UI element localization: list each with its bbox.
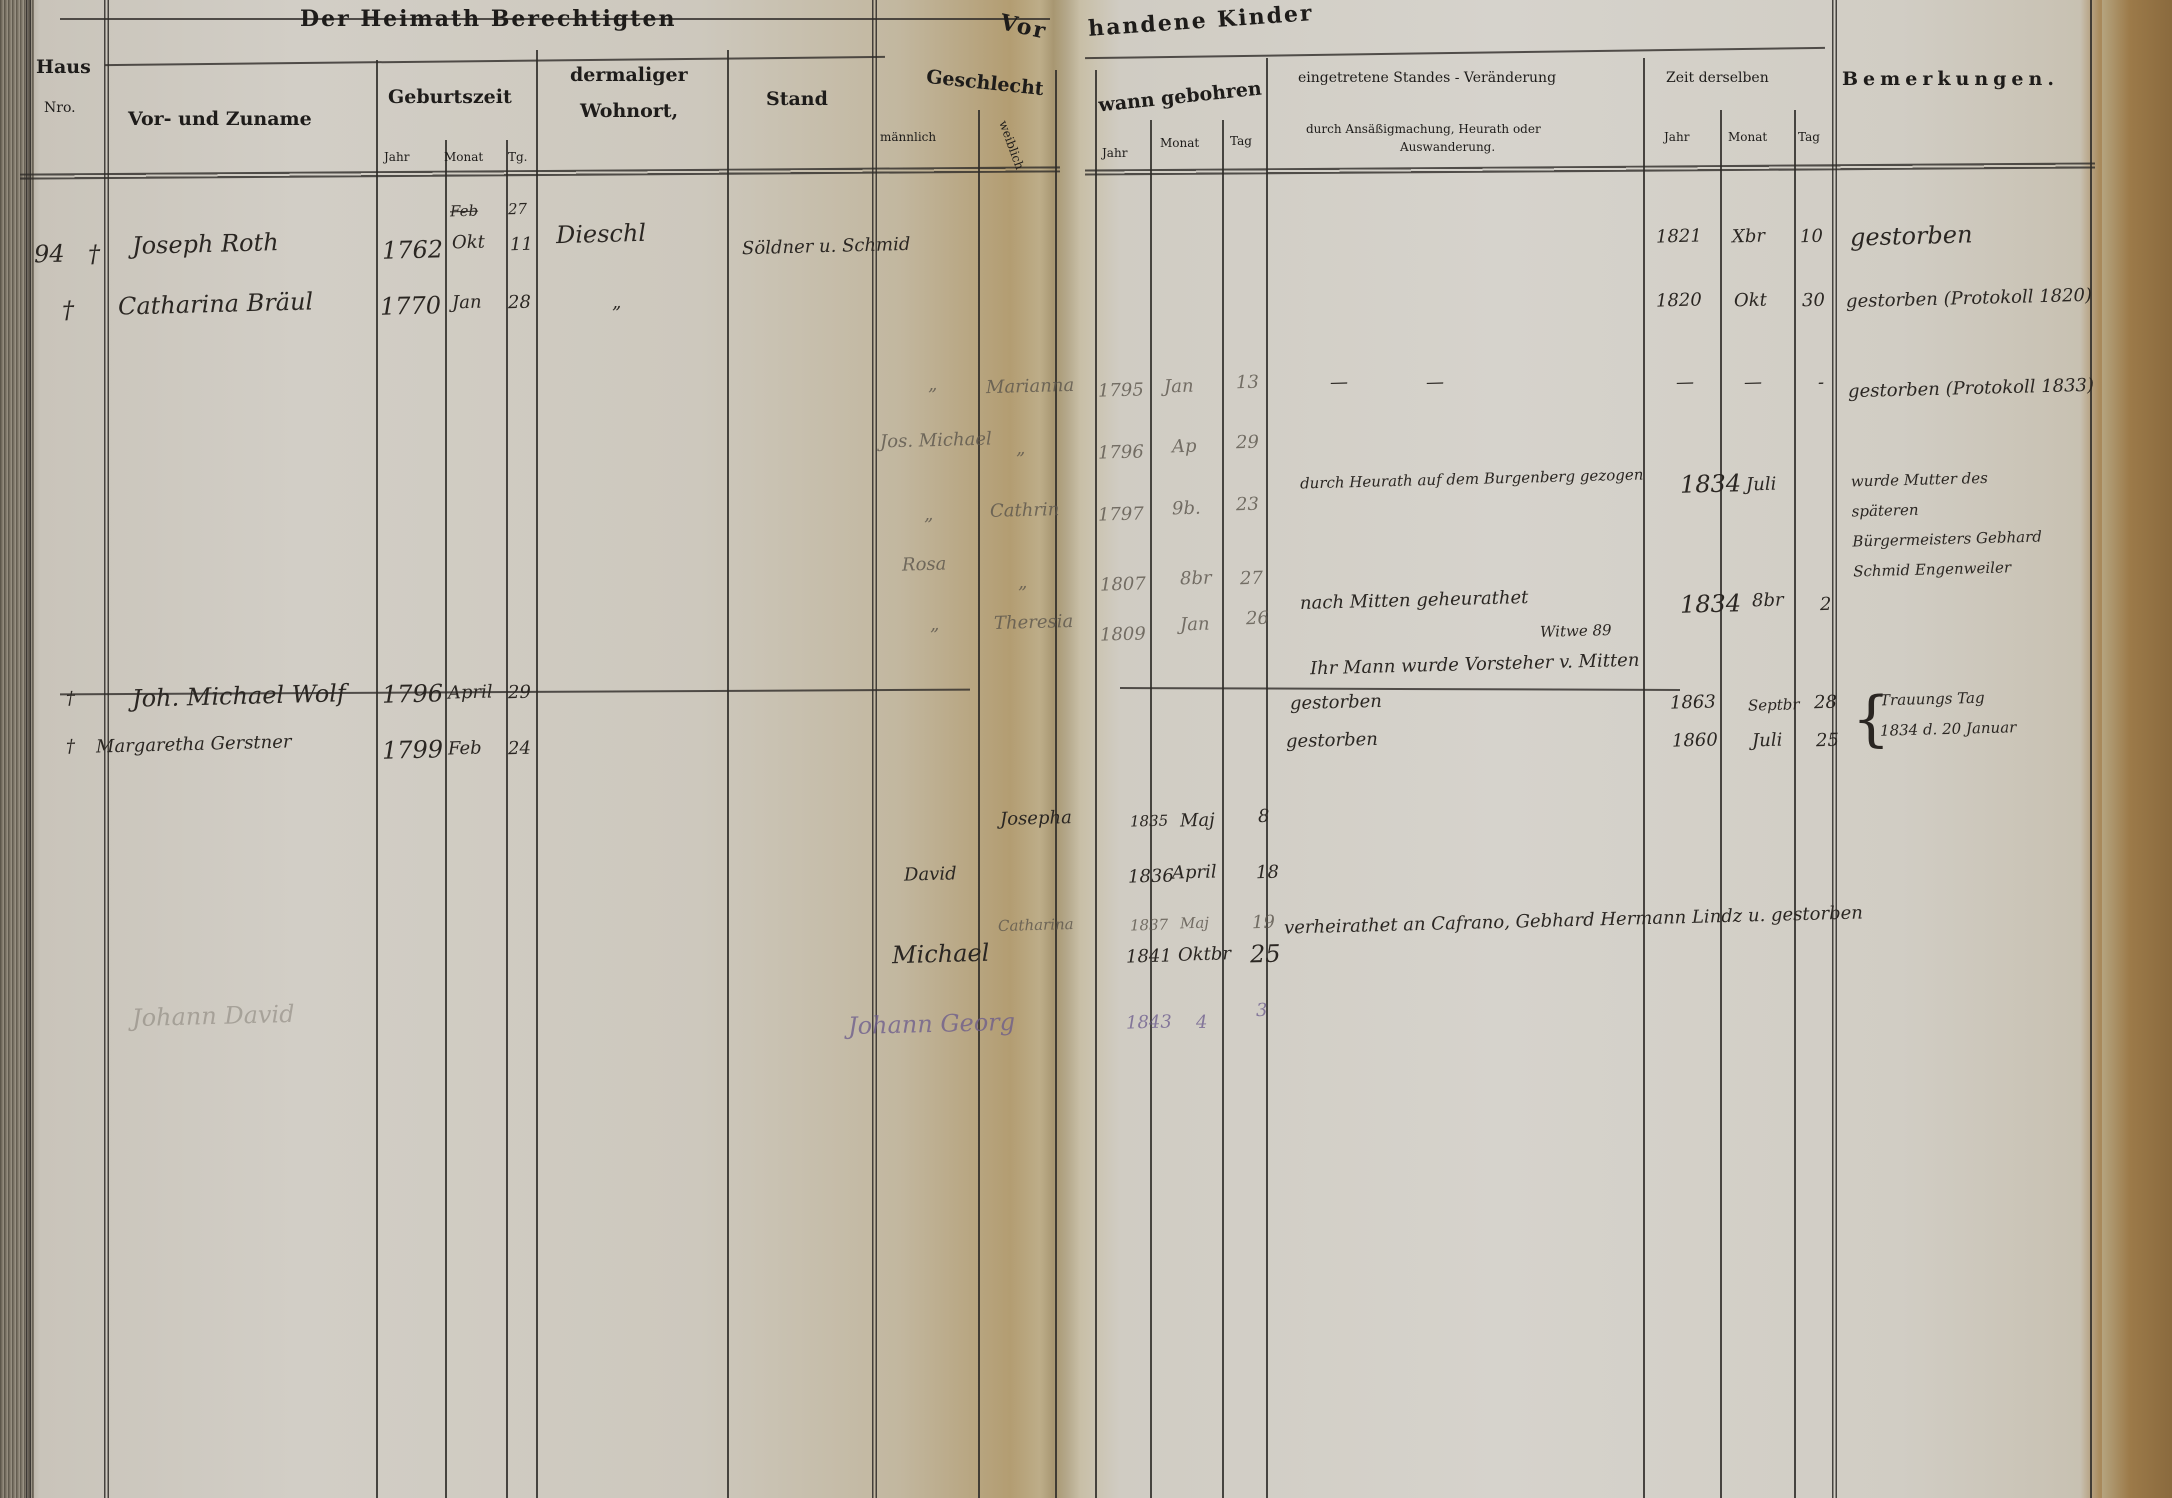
child-male-name: Michael <box>892 939 990 970</box>
col-rule-born-month <box>1222 120 1224 1498</box>
death-mark: † <box>66 688 76 709</box>
title-rule-right <box>1085 47 1825 59</box>
child-time-year: — <box>1676 372 1695 393</box>
death-mark: † <box>62 296 75 324</box>
col-rule-change <box>1643 58 1645 1498</box>
entry-divider-right <box>1120 687 1680 691</box>
child-change-dash: — <box>1426 372 1445 393</box>
child-female-name: Marianna <box>986 375 1075 398</box>
header-change-sub-1: durch Ansäßigmachung, Heurath oder <box>1306 122 1541 136</box>
parent-birth-year: 1762 <box>382 235 444 265</box>
parent-birth-year: 1799 <box>382 735 444 765</box>
parent-birth-day: 24 <box>508 738 531 760</box>
parent-remark: gestorben <box>1290 691 1382 714</box>
parent-time-month: Xbr <box>1732 226 1765 248</box>
col-rule-stand <box>872 0 877 1498</box>
child-change: verheirathet an Cafrano, Gebhard Hermann… <box>1284 902 1863 938</box>
parent-stand: Söldner u. Schmid <box>742 234 911 259</box>
header-change-sub-2: Auswanderung. <box>1400 140 1495 154</box>
child-day: 27 <box>1240 568 1263 590</box>
col-rule-page-right-start <box>1095 70 1097 1498</box>
book-cover-right-edge <box>2102 0 2172 1498</box>
child-male-name-purple: Johann Georg <box>848 1008 1016 1040</box>
header-standes-veraenderung: eingetretene Standes - Veränderung <box>1298 70 1556 86</box>
child-day: 13 <box>1236 372 1259 394</box>
child-year: 1807 <box>1100 573 1146 595</box>
child-year-purple: 1843 <box>1126 1011 1172 1033</box>
parent-time-day: 25 <box>1816 730 1839 752</box>
child-day: 26 <box>1246 608 1269 630</box>
child-month: Maj <box>1180 914 1209 933</box>
parent-time-year: 1860 <box>1672 729 1718 751</box>
child-month: Jan <box>1180 614 1210 636</box>
margin-rule <box>26 0 31 1498</box>
child-ditto: „ <box>928 374 938 395</box>
parent-time-day: 28 <box>1814 692 1837 714</box>
col-rule-female <box>1055 70 1057 1498</box>
header-wohnort: Wohnort, <box>580 100 678 122</box>
ledger-spread: Der Heimath Berechtigten Vor handene Kin… <box>0 0 2172 1498</box>
title-handene-kinder: handene Kinder <box>1087 0 1314 42</box>
entry-haus-nro: 94 <box>34 240 65 269</box>
child-day-purple: 3 <box>1256 1000 1268 1021</box>
header-stand: Stand <box>766 88 828 110</box>
header-time-day: Tag <box>1798 130 1820 144</box>
parent-time-month: Okt <box>1734 290 1767 312</box>
title-heimath-berechtigten: Der Heimath Berechtigten <box>300 6 676 32</box>
child-change: durch Heurath auf dem Burgenberg gezogen <box>1300 466 1644 493</box>
header-bemerkungen: Bemerkungen. <box>1842 68 2059 90</box>
child-day: 25 <box>1250 940 1281 969</box>
child-change-line2: Witwe 89 <box>1540 621 1612 641</box>
header-female: weiblich <box>996 119 1027 172</box>
child-day: 8 <box>1258 806 1270 827</box>
child-female-name: Josepha <box>1000 807 1072 830</box>
child-change: nach Mitten geheurathet <box>1300 587 1529 614</box>
parent-time-year: 1820 <box>1656 289 1702 311</box>
child-female-name: Catharina <box>998 915 1074 935</box>
child-month: Oktbr <box>1178 943 1232 965</box>
child-year: 1809 <box>1100 623 1146 645</box>
header-male: männlich <box>880 130 936 144</box>
header-time-year: Jahr <box>1664 130 1689 144</box>
header-time-month: Monat <box>1728 130 1767 144</box>
child-change: — <box>1330 372 1349 393</box>
parent-name: Margaretha Gerstner <box>96 731 292 757</box>
parent-remark: gestorben (Protokoll 1820) <box>1846 285 2093 312</box>
parent-birth-day-struck: 27 <box>508 200 528 218</box>
col-rule-born-day <box>1266 58 1268 1498</box>
parent-name: Joh. Michael Wolf <box>132 679 346 713</box>
parent-birth-year: 1796 <box>382 679 444 709</box>
header-geschlecht: Geschlecht <box>925 66 1045 100</box>
header-wann-gebohren: wann gebohren <box>1097 77 1262 116</box>
parent-remark: gestorben <box>1850 220 1973 251</box>
parent-residence-ditto: „ <box>612 292 622 313</box>
col-rule-birth <box>536 50 538 1498</box>
title-rule-left <box>105 56 885 66</box>
header-bottom-rule-left <box>20 166 1060 179</box>
parent-name: Catharina Bräul <box>118 287 314 320</box>
child-time-month: 8br <box>1752 590 1784 612</box>
child-month: Ap <box>1172 436 1197 458</box>
parent-birth-day: 29 <box>508 682 531 704</box>
col-rule-year <box>445 140 447 1498</box>
child-ditto: „ <box>1016 438 1026 459</box>
child-ditto: „ <box>924 504 934 525</box>
child-year: 1837 <box>1130 916 1169 935</box>
child-remark: gestorben (Protokoll 1833) <box>1848 375 2095 402</box>
parent-remark: gestorben <box>1286 729 1378 752</box>
parent-time-day: 10 <box>1800 226 1823 248</box>
child-month-purple: 4 <box>1196 1012 1208 1033</box>
child-change-line3: Ihr Mann wurde Vorsteher v. Mitten <box>1310 650 1640 680</box>
parent-time-day: 30 <box>1802 290 1825 312</box>
col-rule-male <box>978 110 980 1498</box>
header-birth-day: Tg. <box>508 150 528 164</box>
header-haus: Haus <box>36 56 91 78</box>
child-time-year: 1834 <box>1680 589 1742 619</box>
parent-time-year: 1863 <box>1670 691 1716 713</box>
col-rule-name <box>376 60 378 1498</box>
child-year: 1836 <box>1128 865 1174 887</box>
col-rule-time-month <box>1794 110 1796 1498</box>
child-female-name: Theresia <box>994 611 1074 634</box>
child-day: 29 <box>1236 432 1259 454</box>
header-geburtszeit: Geburtszeit <box>388 86 512 108</box>
header-birth-year: Jahr <box>384 150 409 164</box>
child-month: April <box>1172 861 1217 883</box>
header-zeit-derselben: Zeit derselben <box>1666 70 1769 86</box>
header-dermaliger: dermaliger <box>570 64 688 86</box>
header-bottom-rule-right <box>1085 162 2095 175</box>
child-month: 8br <box>1180 568 1212 590</box>
child-year: 1795 <box>1098 379 1144 401</box>
child-time-day: 2 <box>1820 594 1832 615</box>
parent-residence: Dieschl <box>556 219 647 249</box>
child-month: Maj <box>1180 810 1215 832</box>
child-male-name: Jos. Michael <box>880 429 992 453</box>
child-day: 19 <box>1252 912 1275 934</box>
child-year: 1796 <box>1098 441 1144 463</box>
death-mark: † <box>66 736 76 757</box>
faint-pencil-note: Johann David <box>132 1000 295 1032</box>
child-male-name: David <box>904 863 957 885</box>
col-rule-born-year <box>1150 120 1152 1498</box>
child-time-month: — <box>1744 372 1763 393</box>
spine-fold <box>1040 0 1080 1498</box>
parent-time-year: 1821 <box>1656 225 1702 247</box>
header-born-day: Tag <box>1230 134 1252 148</box>
child-ditto: „ <box>1018 572 1028 593</box>
child-day: 23 <box>1236 494 1259 516</box>
header-nro: Nro. <box>44 100 76 116</box>
col-rule-month <box>506 140 508 1498</box>
child-male-name: Rosa <box>902 553 947 575</box>
header-born-year: Jahr <box>1102 146 1127 160</box>
child-remark: wurde Mutter des späteren Bürgermeisters… <box>1850 462 2043 587</box>
child-time-year: 1834 <box>1680 469 1742 499</box>
parent-birth-day: 11 <box>510 234 533 256</box>
death-mark: † <box>88 240 101 268</box>
child-day: 18 <box>1256 862 1279 884</box>
parent-birth-day: 28 <box>508 292 531 314</box>
parent-name: Joseph Roth <box>132 228 279 260</box>
marriage-note-line2: 1834 d. 20 Januar <box>1880 718 2017 740</box>
col-rule-residence <box>727 50 729 1498</box>
header-name: Vor- und Zuname <box>128 108 312 130</box>
header-birth-month: Monat <box>444 150 483 164</box>
parent-time-month: Juli <box>1752 730 1783 752</box>
child-month: Jan <box>1164 376 1194 398</box>
child-year: 1841 <box>1126 945 1172 967</box>
marriage-note-line1: Trauungs Tag <box>1880 689 1985 710</box>
parent-time-month: Septbr <box>1748 695 1800 714</box>
child-month: 9b. <box>1172 498 1201 520</box>
col-rule-remarks <box>2090 0 2092 1498</box>
parent-birth-month: Feb <box>448 738 482 760</box>
parent-birth-year: 1770 <box>380 291 442 321</box>
parent-birth-month: Okt <box>452 232 485 254</box>
child-time-month: Juli <box>1746 474 1777 496</box>
child-year: 1797 <box>1098 503 1144 525</box>
parent-birth-month-struck: Feb <box>450 202 479 221</box>
col-rule-time-year <box>1720 110 1722 1498</box>
child-year: 1835 <box>1130 812 1169 831</box>
parent-birth-month: April <box>448 681 493 703</box>
child-time-day: - <box>1818 372 1825 393</box>
header-born-month: Monat <box>1160 136 1199 150</box>
parent-birth-month: Jan <box>452 292 482 314</box>
child-ditto: „ <box>930 614 940 635</box>
child-female-name: Cathrin <box>990 499 1060 522</box>
